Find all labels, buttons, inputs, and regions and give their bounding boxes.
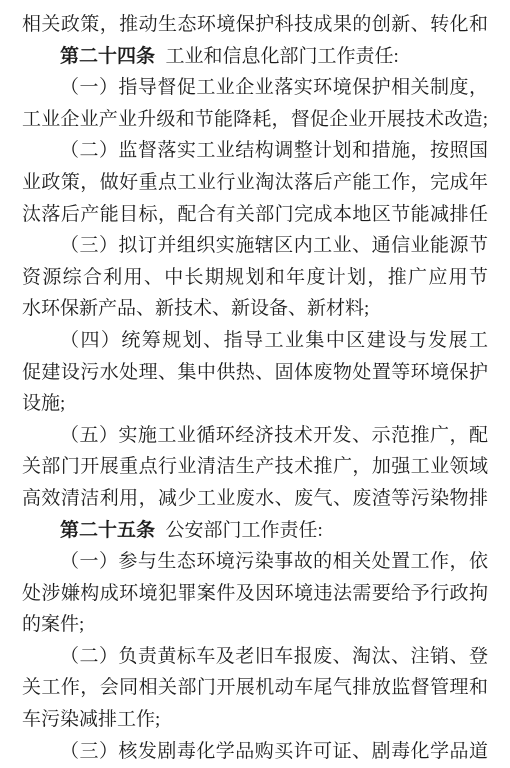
article-25-item-1-line: （一）参与生态环境污染事故的相关处置工作，依法查 bbox=[22, 546, 488, 578]
article-24-item-3-line: （三）拟订并组织实施辖区内工业、通信业能源节约、 bbox=[22, 230, 488, 262]
article-24-number: 第二十四条 bbox=[60, 46, 155, 67]
article-25-item-2-line: 车污染减排工作; bbox=[22, 704, 488, 736]
article-25-heading: 第二十五条公安部门工作责任: bbox=[22, 515, 488, 547]
article-25-item-1-line: 的案件; bbox=[22, 609, 488, 641]
article-24-item-2-line: 业政策，做好重点工业行业淘汰落后产能工作，完成年度淘 bbox=[22, 167, 488, 199]
article-24-item-5-line: 高效清洁利用，减少工业废水、废气、废渣等污染物排放。 bbox=[22, 483, 488, 515]
article-25-item-2-line: 关工作，会同相关部门开展机动车尾气排放监督管理和机动 bbox=[22, 672, 488, 704]
article-25-number: 第二十五条 bbox=[60, 520, 155, 541]
article-24-heading: 第二十四条工业和信息化部门工作责任: bbox=[22, 41, 488, 73]
article-24-item-1-line: （一）指导督促工业企业落实环境保护相关制度，推动 bbox=[22, 72, 488, 104]
article-24-item-5-line: （五）实施工业循环经济技术开发、示范推广，配合有 bbox=[22, 420, 488, 452]
article-24-item-3-line: 水环保新产品、新技术、新设备、新材料; bbox=[22, 293, 488, 325]
article-24-item-2-line: （二）监督落实工业结构调整计划和措施，按照国家产 bbox=[22, 135, 488, 167]
article-24-item-2-line: 汰落后产能目标，配合有关部门完成本地区节能减排任务; bbox=[22, 199, 488, 231]
article-24-item-4-line: 设施; bbox=[22, 388, 488, 420]
article-24-item-1-line: 工业企业产业升级和节能降耗，督促企业开展技术改造; bbox=[22, 104, 488, 136]
article-24-item-4-line: （四）统筹规划、指导工业集中区建设与发展工作，督 bbox=[22, 325, 488, 357]
article-24-item-3-line: 资源综合利用、中长期规划和年度计划，推广应用节能、节 bbox=[22, 262, 488, 294]
article-24-item-5-line: 关部门开展重点行业清洁生产技术推广，加强工业领域煤炭 bbox=[22, 451, 488, 483]
article-25-item-1-line: 处涉嫌构成环境犯罪案件及因环境违法需要给予行政拘留 bbox=[22, 578, 488, 610]
paragraph-continuation-line: 相关政策，推动生态环境保护科技成果的创新、转化和推广。 bbox=[22, 9, 488, 41]
article-25-item-3-line: （三）核发剧毒化学品购买许可证、剧毒化学品道路运 bbox=[22, 736, 488, 768]
article-25-title: 公安部门工作责任: bbox=[165, 520, 322, 541]
article-24-item-4-line: 促建设污水处理、集中供热、固体废物处置等环境保护基础 bbox=[22, 357, 488, 389]
document-page: 相关政策，推动生态环境保护科技成果的创新、转化和推广。 第二十四条工业和信息化部… bbox=[0, 0, 510, 768]
article-24-title: 工业和信息化部门工作责任: bbox=[165, 46, 398, 67]
article-25-item-2-line: （二）负责黄标车及老旧车报废、淘汰、注销、登记相 bbox=[22, 641, 488, 673]
